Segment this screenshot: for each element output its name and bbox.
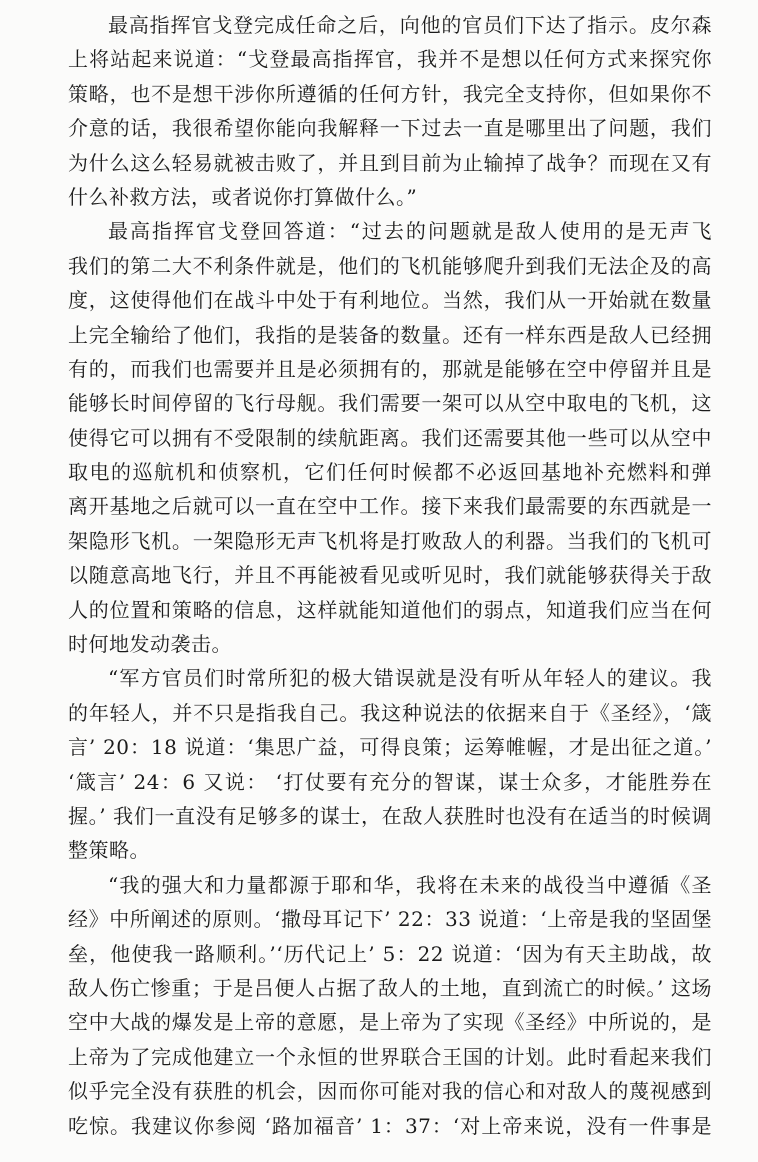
text-line: 垒，他使我一路顺利。’‘历代记上’ 5：22 说道：‘因为有天主助战，故 <box>68 937 712 971</box>
text-line: 取电的巡航机和侦察机，它们任何时候都不必返回基地补充燃料和弹药， <box>68 455 712 489</box>
text-line: 最高指挥官戈登回答道：“过去的问题就是敌人使用的是无声飞机， <box>68 214 712 248</box>
text-line: 吃惊。我建议你参阅 ‘路加福音’ 1：37：‘对上帝来说，没有一件事是 <box>68 1109 712 1143</box>
text-line: 似乎完全没有获胜的机会，因而你可能对我的信心和对敌人的蔑视感到 <box>68 1074 712 1108</box>
text-line: “军方官员们时常所犯的极大错误就是没有听从年轻人的建议。我说 <box>68 661 712 695</box>
book-page: 最高指挥官戈登完成任命之后，向他的官员们下达了指示。皮尔森 上将站起来说道：“戈… <box>0 0 758 1162</box>
text-line: 言’ 20：18 说道：‘集思广益，可得良策；运筹帷幄，才是出征之道。’ <box>68 730 712 764</box>
text-line: 介意的话，我很希望你能向我解释一下过去一直是哪里出了问题，我们 <box>68 111 712 145</box>
text-line: 的年轻人，并不只是指我自己。我这种说法的依据来自于《圣经》，‘箴 <box>68 696 712 730</box>
text-line: 架隐形飞机。一架隐形无声飞机将是打败敌人的利器。当我们的飞机可 <box>68 524 712 558</box>
text-line: 我们的第二大不利条件就是，他们的飞机能够爬升到我们无法企及的高 <box>68 249 712 283</box>
text-line: 上帝为了完成他建立一个永恒的世界联合王国的计划。此时看起来我们 <box>68 1040 712 1074</box>
text-line: 能够长时间停留的飞行母舰。我们需要一架可以从空中取电的飞机，这 <box>68 386 712 420</box>
text-line: 使得它可以拥有不受限制的续航距离。我们还需要其他一些可以从空中 <box>68 421 712 455</box>
paragraph-4: “我的强大和力量都源于耶和华，我将在未来的战役当中遵循《圣 经》中所阐述的原则。… <box>68 868 712 1143</box>
text-line: 经》中所阐述的原则。‘撒母耳记下’ 22：33 说道：‘上帝是我的坚固堡 <box>68 902 712 936</box>
text-line: 什么补救方法，或者说你打算做什么。” <box>68 180 712 214</box>
paragraph-2: 最高指挥官戈登回答道：“过去的问题就是敌人使用的是无声飞机， 我们的第二大不利条… <box>68 214 712 661</box>
text-line: “我的强大和力量都源于耶和华，我将在未来的战役当中遵循《圣 <box>68 868 712 902</box>
paragraph-1: 最高指挥官戈登完成任命之后，向他的官员们下达了指示。皮尔森 上将站起来说道：“戈… <box>68 8 712 214</box>
text-line: 上将站起来说道：“戈登最高指挥官，我并不是想以任何方式来探究你的 <box>68 42 712 76</box>
text-line: 最高指挥官戈登完成任命之后，向他的官员们下达了指示。皮尔森 <box>68 8 712 42</box>
text-line: 以随意高地飞行，并且不再能被看见或听见时，我们就能够获得关于敌 <box>68 558 712 592</box>
text-line: 离开基地之后就可以一直在空中工作。接下来我们最需要的东西就是一 <box>68 489 712 523</box>
text-line: 策略，也不是想干涉你所遵循的任何方针，我完全支持你，但如果你不 <box>68 77 712 111</box>
text-line: 上完全输给了他们，我指的是装备的数量。还有一样东西是敌人已经拥 <box>68 318 712 352</box>
text-line: 整策略。 <box>68 833 712 867</box>
text-line: 有的，而我们也需要并且是必须拥有的，那就是能够在空中停留并且是 <box>68 352 712 386</box>
text-line: 度，这使得他们在战斗中处于有利地位。当然，我们从一开始就在数量 <box>68 283 712 317</box>
text-line: 空中大战的爆发是上帝的意愿，是上帝为了实现《圣经》中所说的，是 <box>68 1005 712 1039</box>
text-line: 敌人伤亡惨重；于是吕便人占据了敌人的土地，直到流亡的时候。’ 这场 <box>68 971 712 1005</box>
text-line: 人的位置和策略的信息，这样就能知道他们的弱点，知道我们应当在何 <box>68 593 712 627</box>
text-line: 为什么这么轻易就被击败了，并且到目前为止输掉了战争？而现在又有 <box>68 146 712 180</box>
paragraph-3: “军方官员们时常所犯的极大错误就是没有听从年轻人的建议。我说 的年轻人，并不只是… <box>68 661 712 867</box>
text-line: 握。’ 我们一直没有足够多的谋士，在敌人获胜时也没有在适当的时候调 <box>68 799 712 833</box>
text-line: ‘箴言’ 24：6 又说： ‘打仗要有充分的智谋，谋士众多，才能胜券在 <box>68 765 712 799</box>
text-line: 时何地发动袭击。 <box>68 627 712 661</box>
